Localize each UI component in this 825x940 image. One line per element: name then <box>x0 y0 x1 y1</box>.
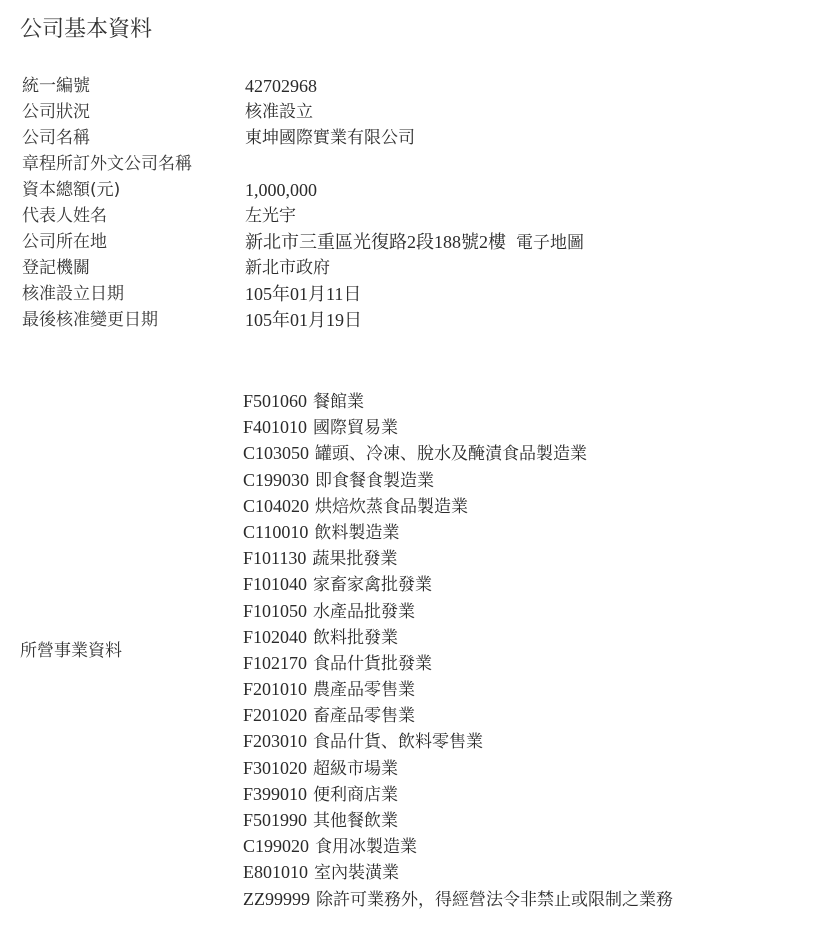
business-name: 烘焙炊蒸食品製造業 <box>315 497 468 517</box>
business-item: ZZ99999除許可業務外，得經營法令非禁止或限制之業務 <box>243 886 673 912</box>
field-value-wrap: 新北市三重區光復路2段188號2樓電子地圖 <box>245 229 584 256</box>
field-value: 東坤國際實業有限公司 <box>245 125 415 151</box>
business-name: 蔬果批發業 <box>312 549 397 569</box>
field-label: 登記機關 <box>22 255 90 281</box>
business-code: C103050 <box>243 440 309 466</box>
business-name: 餐館業 <box>313 392 364 412</box>
business-code: C199020 <box>243 833 309 859</box>
business-item: F201010農產品零售業 <box>243 676 673 702</box>
business-item: C110010飲料製造業 <box>243 519 673 545</box>
business-item: C199030即食餐食製造業 <box>243 467 673 493</box>
business-code: F501990 <box>243 807 307 833</box>
business-list: F501060餐館業 F401010國際貿易業 C103050罐頭、冷凍、脫水及… <box>243 388 673 912</box>
business-item: F501060餐館業 <box>243 388 673 414</box>
field-label: 公司狀況 <box>22 99 90 125</box>
business-name: 其他餐飲業 <box>313 811 398 831</box>
business-name: 即食餐食製造業 <box>315 471 434 491</box>
business-code: F102170 <box>243 650 307 676</box>
page-title: 公司基本資料 <box>20 12 152 43</box>
business-item: F203010食品什貨、飲料零售業 <box>243 728 673 754</box>
business-item: F201020畜產品零售業 <box>243 702 673 728</box>
business-code: C104020 <box>243 493 309 519</box>
business-item: C103050罐頭、冷凍、脫水及醃漬食品製造業 <box>243 440 673 466</box>
business-name: 飲料製造業 <box>314 523 399 543</box>
business-item: F401010國際貿易業 <box>243 414 673 440</box>
business-item: E801010室內裝潢業 <box>243 859 673 885</box>
business-name: 除許可業務外，得經營法令非禁止或限制之業務 <box>316 890 673 910</box>
business-item: F101130蔬果批發業 <box>243 545 673 571</box>
business-code: C199030 <box>243 467 309 493</box>
business-item: C104020烘焙炊蒸食品製造業 <box>243 493 673 519</box>
business-code: C110010 <box>243 519 308 545</box>
field-label: 公司名稱 <box>22 125 90 151</box>
business-code: F301020 <box>243 755 307 781</box>
business-code: F399010 <box>243 781 307 807</box>
field-value: 核准設立 <box>245 99 313 125</box>
field-value: 1,000,000 <box>245 177 317 203</box>
field-label: 資本總額(元) <box>22 177 120 203</box>
business-section-label: 所營事業資料 <box>20 636 122 661</box>
address-text: 新北市三重區光復路2段188號2樓 <box>245 232 506 252</box>
field-value: 105年01月11日 <box>245 281 361 307</box>
business-item: F101050水產品批發業 <box>243 598 673 624</box>
business-code: F201020 <box>243 702 307 728</box>
business-name: 畜產品零售業 <box>313 706 415 726</box>
business-code: F201010 <box>243 676 307 702</box>
business-item: F102170食品什貨批發業 <box>243 650 673 676</box>
business-code: F101130 <box>243 545 306 571</box>
business-code: F401010 <box>243 414 307 440</box>
business-name: 便利商店業 <box>313 785 398 805</box>
business-name: 農產品零售業 <box>313 680 415 700</box>
business-name: 食品什貨、飲料零售業 <box>313 732 483 752</box>
business-name: 超級市場業 <box>313 759 398 779</box>
field-value: 42702968 <box>245 73 317 99</box>
business-item: F501990其他餐飲業 <box>243 807 673 833</box>
field-value: 左光宇 <box>245 203 296 229</box>
field-label: 章程所訂外文公司名稱 <box>22 151 192 177</box>
business-item: F102040飲料批發業 <box>243 624 673 650</box>
business-code: F102040 <box>243 624 307 650</box>
field-label: 核准設立日期 <box>22 281 124 307</box>
business-code: F203010 <box>243 728 307 754</box>
business-name: 飲料批發業 <box>313 628 398 648</box>
business-item: F101040家畜家禽批發業 <box>243 571 673 597</box>
map-link[interactable]: 電子地圖 <box>516 233 584 253</box>
field-label: 公司所在地 <box>22 229 107 255</box>
business-name: 食用冰製造業 <box>315 837 417 857</box>
business-name: 食品什貨批發業 <box>313 654 432 674</box>
field-value: 105年01月19日 <box>245 307 362 333</box>
business-code: F101050 <box>243 598 307 624</box>
business-item: C199020食用冰製造業 <box>243 833 673 859</box>
business-code: F501060 <box>243 388 307 414</box>
business-name: 國際貿易業 <box>313 418 398 438</box>
field-label: 代表人姓名 <box>22 203 107 229</box>
field-label: 最後核准變更日期 <box>22 307 158 333</box>
business-name: 罐頭、冷凍、脫水及醃漬食品製造業 <box>315 444 587 464</box>
business-item: F301020超級市場業 <box>243 755 673 781</box>
business-item: F399010便利商店業 <box>243 781 673 807</box>
business-name: 家畜家禽批發業 <box>313 575 432 595</box>
field-label: 統一編號 <box>22 73 90 99</box>
business-code: E801010 <box>243 859 308 885</box>
business-name: 室內裝潢業 <box>314 863 399 883</box>
field-value: 新北市政府 <box>245 255 330 281</box>
business-code: F101040 <box>243 571 307 597</box>
business-name: 水產品批發業 <box>313 602 415 622</box>
business-code: ZZ99999 <box>243 886 310 912</box>
